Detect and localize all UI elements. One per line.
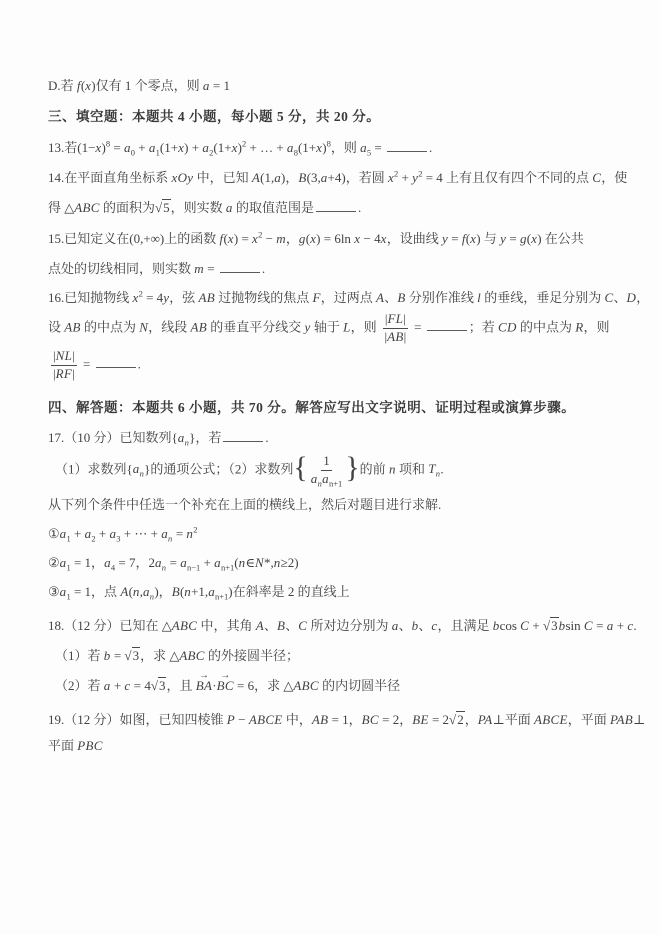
problem-19-line-2: 平面 PBC (48, 736, 636, 756)
answer-blank-14 (316, 199, 356, 212)
fraction-1-over-anan1: 1anan+1 (311, 454, 342, 487)
problem-16-line-2: 设 AB 的中点为 N，线段 AB 的垂直平分线交 y 轴于 L，则 |FL||… (48, 312, 636, 345)
left-brace: { (293, 451, 307, 484)
problem-14-line-2: 得 △ABC 的面积为√5，则实数 a 的取值范围是. (48, 198, 636, 218)
sqrt-5: √5 (155, 199, 171, 215)
answer-blank-16b (96, 355, 136, 368)
problem-18-stem: 18.（12 分）已知在 △ABC 中，其角 A、B、C 所对边分别为 a、b、… (48, 616, 636, 636)
vector-BA: BA (196, 676, 212, 696)
fraction-NL-over-RF: |NL||RF| (51, 349, 77, 382)
sqrt-3: √3 (124, 647, 140, 663)
choice-option-d: D.若 f(x)仅有 1 个零点，则 a = 1 (48, 76, 636, 96)
problem-15-line-1: 15.已知定义在(0,+∞)上的函数 f(x) = x2 − m，g(x) = … (48, 229, 636, 249)
problem-15-line-2: 点处的切线相同，则实数 m = . (48, 259, 636, 279)
fraction-FL-over-AB: |FL||AB| (383, 312, 408, 345)
section-solve-heading: 四、解答题：本题共 6 小题，共 70 分。解答应写出文字说明、证明过程或演算步… (48, 398, 636, 418)
exam-page: D.若 f(x)仅有 1 个零点，则 a = 1 三、填空题：本题共 4 小题，… (0, 0, 660, 934)
problem-18-part-2: （2）若 a + c = 4√3，且 BA·BC = 6，求 △ABC 的内切圆… (48, 676, 636, 696)
answer-blank-15 (220, 260, 260, 273)
problem-16-line-3: |NL||RF| = . (48, 349, 636, 382)
vector-BC: BC (217, 676, 234, 696)
problem-17-condition-2: ②a1 = 1，a4 = 7，2an = an−1 + an+1(n∈N*,n≥… (48, 553, 636, 573)
sqrt-3: √3 (151, 677, 167, 693)
sqrt-2: √2 (449, 711, 465, 727)
problem-17-stem: 17.（10 分）已知数列{an}，若. (48, 428, 636, 448)
problem-16-line-1: 16.已知抛物线 x2 = 4y，弦 AB 过抛物线的焦点 F，过两点 A、B … (48, 288, 636, 308)
problem-19-line-1: 19.（12 分）如图，已知四棱锥 P − ABCE 中，AB = 1，BC =… (48, 710, 636, 730)
problem-14-line-1: 14.在平面直角坐标系 xOy 中，已知 A(1,a)，B(3,a+4)，若圆 … (48, 168, 636, 188)
problem-17-parts: （1）求数列{an}的通项公式；（2）求数列{1anan+1}的前 n 项和 T… (48, 454, 636, 487)
problem-17-condition-3: ③a1 = 1，点 A(n,an)，B(n+1,an+1)在斜率是 2 的直线上 (48, 582, 636, 602)
problem-17-condition-1: ①a1 + a2 + a3 + ⋯ + an = n2 (48, 524, 636, 544)
problem-17-note: 从下列个条件中任选一个补充在上面的横线上，然后对题目进行求解. (48, 495, 636, 515)
problem-18-part-1: （1）若 b = √3，求 △ABC 的外接圆半径； (48, 646, 636, 666)
answer-blank-17 (223, 429, 263, 442)
answer-blank-16a (427, 318, 467, 331)
section-fill-in-heading: 三、填空题：本题共 4 小题，每小题 5 分，共 20 分。 (48, 107, 636, 127)
right-brace: } (345, 451, 359, 484)
sqrt-3: √3 (543, 617, 559, 633)
problem-13: 13.若(1−x)8 = a0 + a1(1+x) + a2(1+x)2 + …… (48, 138, 636, 158)
answer-blank-13 (387, 139, 427, 152)
